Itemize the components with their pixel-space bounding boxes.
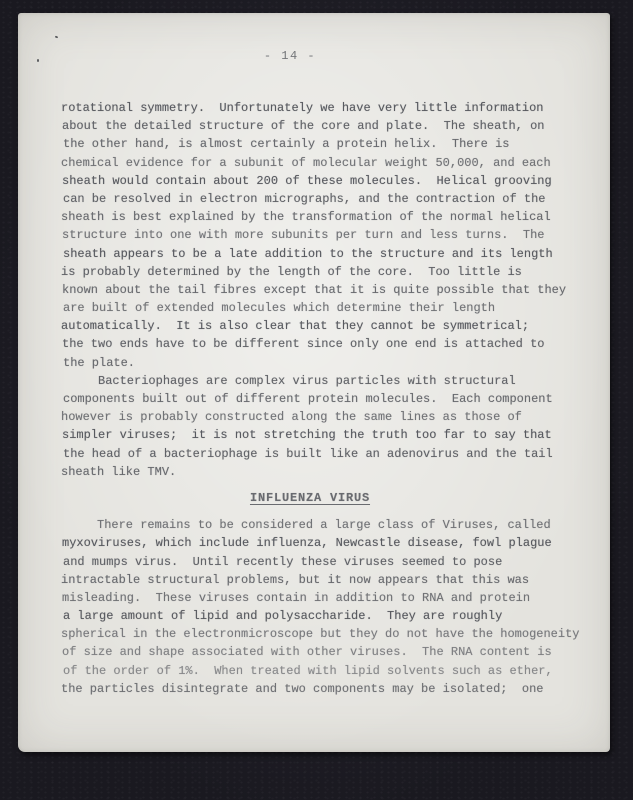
text-line: intractable structural problems, but it … — [61, 571, 585, 589]
text-line: structure into one with more subunits pe… — [62, 226, 586, 244]
text-line: myxoviruses, which include influenza, Ne… — [62, 534, 586, 552]
text-line: the plate. — [63, 354, 587, 372]
text-line: misleading. These viruses contain in add… — [62, 589, 586, 607]
text-line: the two ends have to be different since … — [62, 335, 586, 353]
dust-speck — [55, 35, 59, 38]
text-line: however is probably constructed along th… — [61, 408, 585, 426]
text-line: is probably determined by the length of … — [61, 263, 585, 281]
text-line: are built of extended molecules which de… — [63, 299, 587, 317]
text-line: of the order of 1%. When treated with li… — [63, 662, 587, 680]
section-heading: INFLUENZA VIRUS — [48, 489, 572, 507]
text-line: Bacteriophages are complex virus particl… — [62, 372, 586, 390]
text-line: chemical evidence for a subunit of molec… — [61, 154, 585, 172]
text-line: rotational symmetry. Unfortunately we ha… — [61, 99, 585, 117]
photo-background: - 14 - rotational symmetry. Unfortunatel… — [0, 0, 633, 800]
document-page: - 14 - rotational symmetry. Unfortunatel… — [18, 13, 610, 752]
page-text: rotational symmetry. Unfortunately we ha… — [62, 99, 586, 698]
text-line: simpler viruses; it is not stretching th… — [62, 426, 586, 444]
text-line: the head of a bacteriophage is built lik… — [63, 445, 587, 463]
text-line: sheath would contain about 200 of these … — [62, 172, 586, 190]
text-line: automatically. It is also clear that the… — [61, 317, 585, 335]
text-line: can be resolved in electron micrographs,… — [63, 190, 587, 208]
text-line: There remains to be considered a large c… — [61, 516, 585, 534]
text-line: sheath like TMV. — [61, 463, 585, 481]
text-line: spherical in the electronmicroscope but … — [61, 625, 585, 643]
text-line: about the detailed structure of the core… — [62, 117, 586, 135]
text-line: sheath is best explained by the transfor… — [61, 208, 585, 226]
text-line: of size and shape associated with other … — [62, 643, 586, 661]
text-line: sheath appears to be a late addition to … — [63, 245, 587, 263]
text-line: components built out of different protei… — [63, 390, 587, 408]
text-line: the particles disintegrate and two compo… — [61, 680, 585, 698]
text-line: a large amount of lipid and polysacchari… — [63, 607, 587, 625]
text-line: the other hand, is almost certainly a pr… — [63, 135, 587, 153]
page-number: - 14 - — [18, 49, 610, 63]
text-line: and mumps virus. Until recently these vi… — [63, 553, 587, 571]
text-line: known about the tail fibres except that … — [62, 281, 586, 299]
